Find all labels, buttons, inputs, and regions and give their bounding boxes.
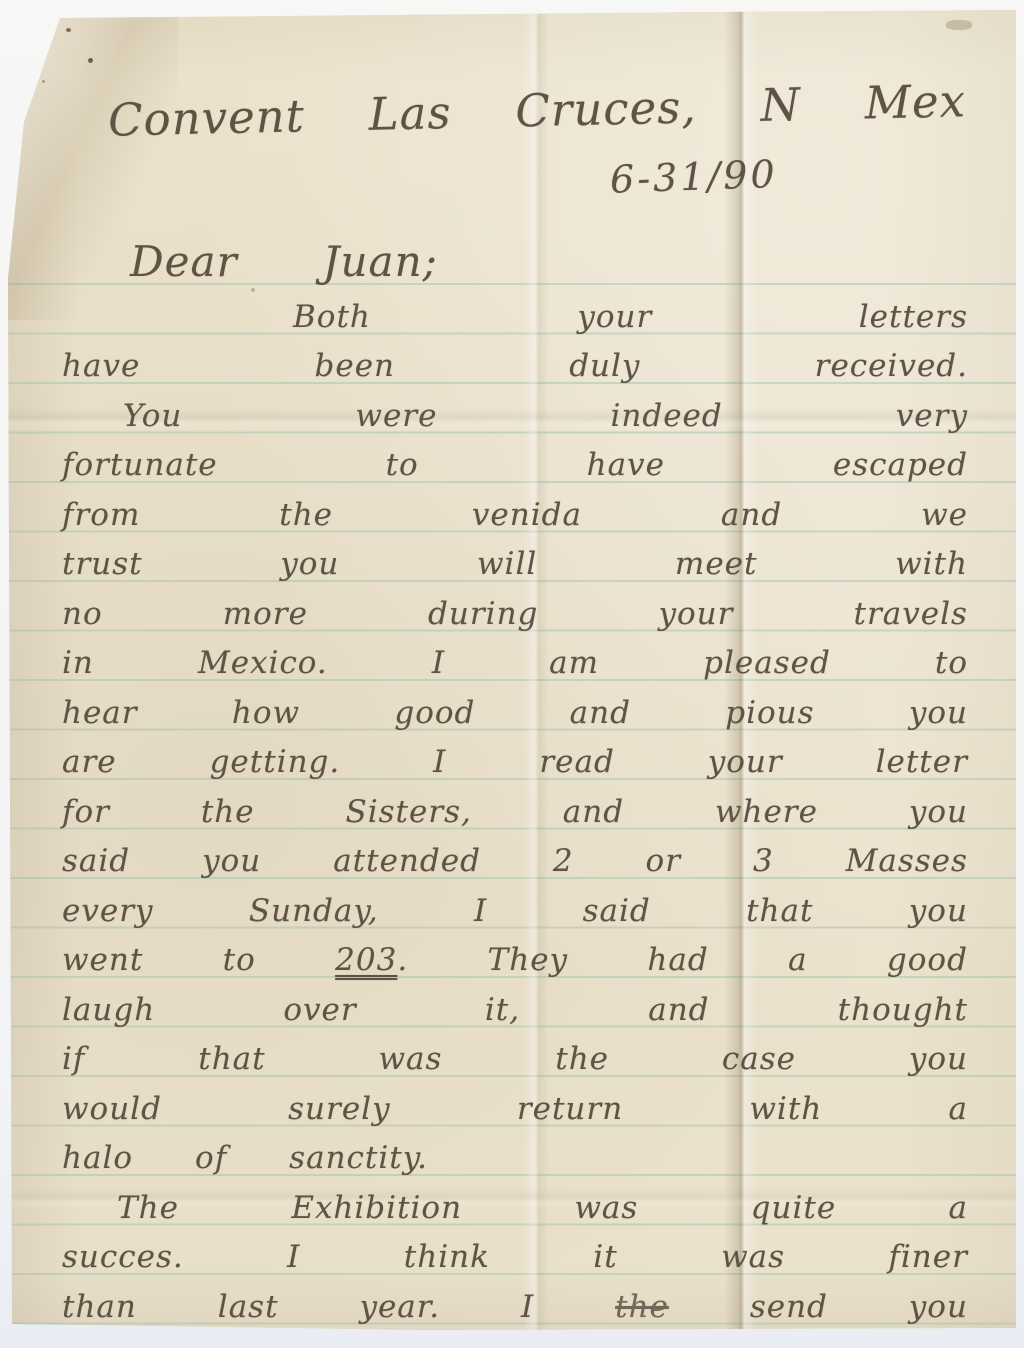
word: was (721, 1242, 785, 1273)
word: it (593, 1242, 617, 1273)
word: we (921, 500, 968, 531)
word: the (615, 1292, 669, 1323)
word: succes. (62, 1242, 184, 1273)
letter-line: succes.Ithinkitwasfiner (62, 1224, 968, 1274)
word: duly (569, 351, 640, 382)
word: of (195, 1143, 227, 1174)
word: and (721, 500, 782, 531)
word: than (62, 1292, 137, 1323)
word: it, (485, 995, 520, 1026)
word: 3 (753, 846, 774, 877)
word: you (909, 1292, 968, 1323)
word: good (887, 945, 968, 976)
letter-heading-line: ConventLasCruces,NMex (108, 74, 967, 146)
word: you (909, 797, 968, 828)
word: pleased (703, 648, 831, 679)
word: letter (876, 747, 968, 778)
word: getting. (210, 747, 341, 778)
word: indeed (610, 401, 722, 432)
heading-word: N (760, 78, 802, 132)
word: send (750, 1292, 828, 1323)
word: to (223, 945, 256, 976)
letter-line: haloofsanctity. (62, 1125, 968, 1175)
letter-line: thanlastyear.Ithesendyou (62, 1273, 968, 1323)
word: your (708, 747, 783, 778)
word: went (62, 945, 143, 976)
word: the (279, 500, 333, 531)
letter-line: havebeendulyreceived. (62, 333, 968, 383)
scan-background: { "page": { "background_top_color": "#f7… (0, 0, 1024, 1348)
letter-line: trustyouwillmeetwith (62, 531, 968, 581)
letter-line: hearhowgoodandpiousyou (62, 679, 968, 729)
word: and (563, 797, 624, 828)
paper-smudge (946, 20, 972, 30)
heading-word: Cruces, (515, 80, 697, 137)
word: thought (838, 995, 968, 1026)
word: would (62, 1094, 162, 1125)
word: during (428, 599, 538, 630)
foxing-spot (42, 80, 45, 83)
word: venida (472, 500, 582, 531)
word: finer (888, 1242, 968, 1273)
word: are (62, 747, 117, 778)
word: Sisters, (345, 797, 471, 828)
word: said (62, 846, 130, 877)
word: if (62, 1044, 85, 1075)
word: think (404, 1242, 490, 1273)
word: and (570, 698, 631, 729)
word: with (749, 1094, 822, 1125)
word: I (433, 747, 446, 778)
word: attended (333, 846, 481, 877)
word: read (539, 747, 615, 778)
word: had (647, 945, 708, 976)
letter-line: aregetting.Ireadyourletter (62, 729, 968, 779)
word: last (218, 1292, 279, 1323)
word: how (232, 698, 300, 729)
word: a (948, 1094, 967, 1125)
heading-word: Las (368, 86, 452, 141)
letter-date: 6-31/90 (609, 146, 940, 201)
word: that (198, 1044, 265, 1075)
word: They (488, 945, 569, 976)
word: Juan; (323, 241, 438, 283)
word: travels (854, 599, 968, 630)
word: case (722, 1044, 796, 1075)
word: hear (62, 698, 138, 729)
word: in (62, 648, 94, 679)
word: that (746, 896, 813, 927)
word: your (658, 599, 733, 630)
word: over (283, 995, 356, 1026)
letter-line: TheExhibitionwasquitea (62, 1174, 968, 1224)
word: letters (859, 302, 968, 333)
letter-line: Bothyourletters (62, 283, 968, 333)
word: you (280, 549, 339, 580)
foxing-spot (88, 58, 93, 63)
letter-line: inMexico.Iampleasedto (62, 630, 968, 680)
word: Mexico. (198, 648, 328, 679)
word: no (62, 599, 103, 630)
heading-word: Mex (864, 74, 966, 129)
word: laugh (62, 995, 155, 1026)
foxing-spot (66, 28, 71, 32)
word: I (432, 648, 445, 679)
word: you (202, 846, 261, 877)
word: received. (815, 351, 968, 382)
word: to (935, 648, 968, 679)
letter-paper: ConventLasCruces,NMex 6-31/90 DearJuan;B… (8, 10, 1016, 1330)
word: was (378, 1044, 442, 1075)
word: you (909, 896, 968, 927)
letter-line: laughoverit,andthought (62, 976, 968, 1026)
word: fortunate (62, 450, 218, 481)
word: meet (675, 549, 758, 580)
word: the (201, 797, 255, 828)
word: you (909, 698, 968, 729)
letter-line: wouldsurelyreturnwitha (62, 1075, 968, 1125)
word: pious (725, 698, 814, 729)
letter-line: ifthatwasthecaseyou (62, 1026, 968, 1076)
word: I (287, 1242, 300, 1273)
letter-line: nomoreduringyourtravels (62, 580, 968, 630)
word: to (386, 450, 419, 481)
word: have (62, 351, 140, 382)
word: for (62, 797, 110, 828)
letter-line: saidyouattended2or3Masses (62, 828, 968, 878)
word: where (715, 797, 818, 828)
word: 2 (553, 846, 574, 877)
letter-line: fortunatetohaveescaped (62, 432, 968, 482)
word: and (648, 995, 709, 1026)
word: the (555, 1044, 609, 1075)
word: from (62, 500, 140, 531)
letter-line: Youwereindeedvery (62, 382, 968, 432)
word: was (574, 1193, 638, 1224)
letter-body: DearJuan;Bothyourlettershavebeendulyrece… (62, 233, 968, 1323)
word: more (223, 599, 308, 630)
word: sanctity. (289, 1143, 428, 1174)
word: halo (62, 1143, 133, 1174)
word: year. (359, 1292, 440, 1323)
word: Masses (846, 846, 968, 877)
letter-line: everySunday,Isaidthatyou (62, 877, 968, 927)
word: Exhibition (291, 1193, 462, 1224)
word: Sunday, (249, 896, 379, 927)
word: have (587, 450, 665, 481)
word: am (549, 648, 599, 679)
word: a (948, 1193, 967, 1224)
word: very (896, 401, 968, 432)
word: or (646, 846, 681, 877)
word: escaped (833, 450, 968, 481)
word: The (117, 1193, 179, 1224)
word: said (583, 896, 651, 927)
heading-word: Convent (108, 89, 306, 146)
foxing-spot (24, 62, 27, 65)
word: surely (288, 1094, 390, 1125)
word: a (788, 945, 807, 976)
word: Dear (130, 241, 238, 283)
word: You (123, 401, 182, 432)
word: been (315, 351, 396, 382)
letter-line: fromthevenidaandwe (62, 481, 968, 531)
word: every (62, 896, 154, 927)
word: quite (751, 1193, 837, 1224)
word: I (474, 896, 487, 927)
word: Both (293, 302, 371, 333)
word: with (895, 549, 968, 580)
word: trust (62, 549, 143, 580)
word: you (909, 1044, 968, 1075)
letter-line: DearJuan; (62, 233, 968, 283)
letter-line: wentto203.Theyhadagood (62, 927, 968, 977)
word: I (521, 1292, 534, 1323)
word: good (394, 698, 475, 729)
word: your (577, 302, 652, 333)
word: return (517, 1094, 623, 1125)
word: were (355, 401, 437, 432)
letter-line: fortheSisters,andwhereyou (62, 778, 968, 828)
word: 203. (335, 945, 408, 976)
word: will (477, 549, 537, 580)
